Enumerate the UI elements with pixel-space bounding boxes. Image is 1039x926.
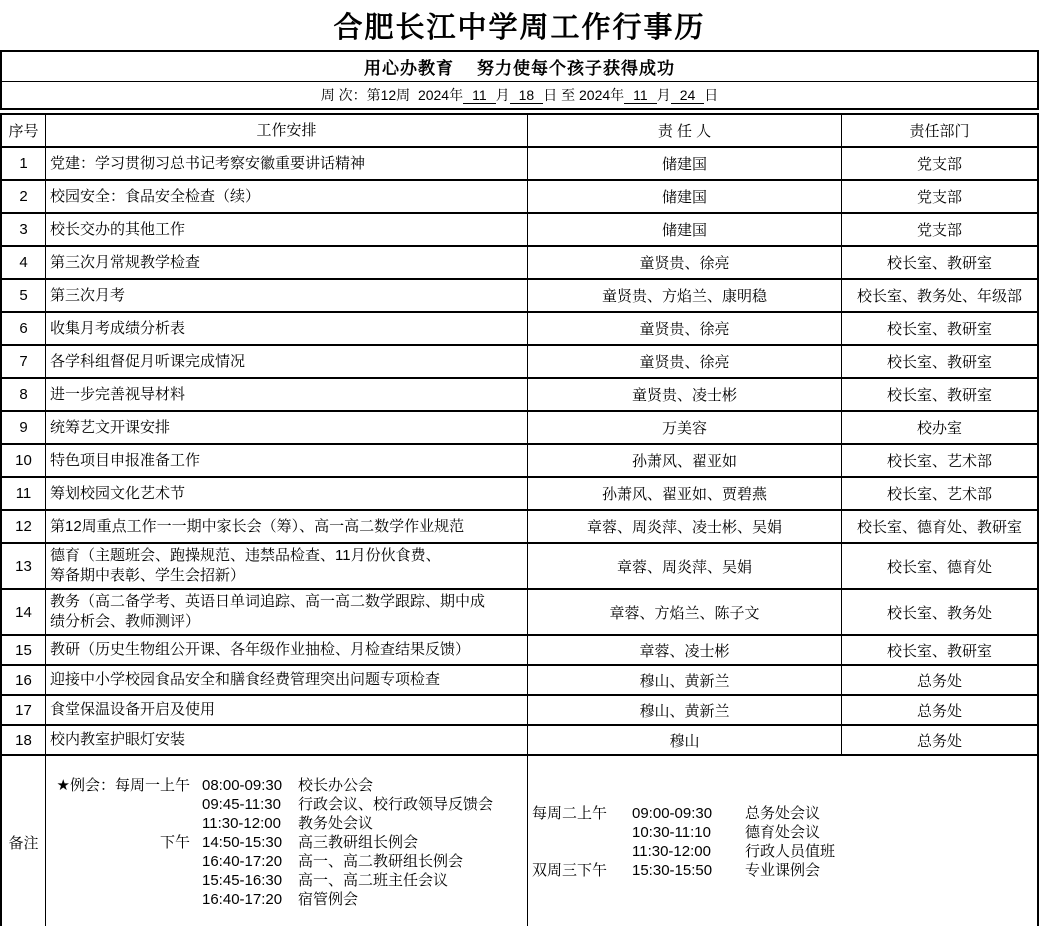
row-number: 5 bbox=[2, 280, 46, 311]
remark-time: 10:30-11:10 bbox=[624, 823, 728, 842]
persons-cell: 储建国 bbox=[528, 148, 842, 179]
remark-label: ★例会：每周一上午 bbox=[50, 776, 190, 795]
remarks-label: 备注 bbox=[2, 756, 46, 926]
header-dept: 责任部门 bbox=[842, 115, 1037, 146]
row-number: 16 bbox=[2, 666, 46, 694]
task-cell: 进一步完善视导材料 bbox=[46, 379, 528, 410]
dept-cell: 校长室、教研室 bbox=[842, 313, 1037, 344]
dept-cell: 校办室 bbox=[842, 412, 1037, 443]
week-month-from: 11 bbox=[463, 87, 496, 104]
dept-cell: 总务处 bbox=[842, 696, 1037, 724]
table-header-row: 序号 工作安排 责 任 人 责任部门 bbox=[2, 115, 1037, 148]
dept-cell: 校长室、教研室 bbox=[842, 247, 1037, 278]
row-number: 17 bbox=[2, 696, 46, 724]
row-number: 14 bbox=[2, 590, 46, 634]
remark-line: 10:30-11:10德育处会议 bbox=[532, 823, 1033, 842]
remark-label bbox=[50, 871, 190, 890]
task-cell: 迎接中小学校园食品安全和膳食经费管理突出问题专项检查 bbox=[46, 666, 528, 694]
row-number: 1 bbox=[2, 148, 46, 179]
persons-cell: 穆山 bbox=[528, 726, 842, 754]
persons-cell: 孙萧风、翟亚如 bbox=[528, 445, 842, 476]
remark-label bbox=[532, 823, 624, 842]
dept-cell: 校长室、艺术部 bbox=[842, 445, 1037, 476]
remark-label bbox=[532, 842, 624, 861]
persons-cell: 章蓉、周炎萍、吴娟 bbox=[528, 544, 842, 588]
persons-cell: 童贤贵、徐亮 bbox=[528, 247, 842, 278]
table-row: 3 校长交办的其他工作 储建国 党支部 bbox=[2, 214, 1037, 247]
row-number: 3 bbox=[2, 214, 46, 245]
dept-cell: 校长室、教研室 bbox=[842, 379, 1037, 410]
task-cell: 校园安全：食品安全检查（续） bbox=[46, 181, 528, 212]
task-cell: 党建：学习贯彻习总书记考察安徽重要讲话精神 bbox=[46, 148, 528, 179]
remark-label: 每周二上午 bbox=[532, 804, 624, 823]
row-number: 13 bbox=[2, 544, 46, 588]
task-cell: 统筹艺文开课安排 bbox=[46, 412, 528, 443]
header-persons: 责 任 人 bbox=[528, 115, 842, 146]
persons-cell: 穆山、黄新兰 bbox=[528, 696, 842, 724]
dept-cell: 总务处 bbox=[842, 726, 1037, 754]
remark-meeting: 德育处会议 bbox=[728, 823, 820, 842]
dept-cell: 校长室、教务处、年级部 bbox=[842, 280, 1037, 311]
table-row: 18 校内教室护眼灯安装 穆山 总务处 bbox=[2, 726, 1037, 756]
dept-cell: 党支部 bbox=[842, 181, 1037, 212]
table-row: 6 收集月考成绩分析表 童贤贵、徐亮 校长室、教研室 bbox=[2, 313, 1037, 346]
task-cell: 教务（高二备学考、英语日单词追踪、高一高二数学跟踪、期中成 绩分析会、教师测评） bbox=[46, 590, 528, 634]
remark-time: 09:00-09:30 bbox=[624, 804, 728, 823]
remark-line: 11:30-12:00行政人员值班 bbox=[532, 842, 1033, 861]
table-row: 2 校园安全：食品安全检查（续） 储建国 党支部 bbox=[2, 181, 1037, 214]
week-prefix: 周 次：第12周 2024年 bbox=[321, 85, 463, 105]
row-number: 7 bbox=[2, 346, 46, 377]
task-cell: 第12周重点工作一一期中家长会（筹）、高一高二数学作业规范 bbox=[46, 511, 528, 542]
dept-cell: 党支部 bbox=[842, 148, 1037, 179]
remark-line: 16:40-17:20高一、高二教研组长例会 bbox=[50, 852, 523, 871]
persons-cell: 储建国 bbox=[528, 214, 842, 245]
remark-time: 09:45-11:30 bbox=[190, 795, 298, 814]
row-number: 10 bbox=[2, 445, 46, 476]
persons-cell: 穆山、黄新兰 bbox=[528, 666, 842, 694]
remark-meeting: 教务处会议 bbox=[298, 814, 373, 833]
week-info: 周 次：第12周 2024年11月18日 至 2024年11月24日 bbox=[2, 81, 1037, 108]
week-suffix: 日 bbox=[704, 85, 718, 105]
remark-time: 08:00-09:30 bbox=[190, 776, 298, 795]
remark-label bbox=[50, 890, 190, 909]
row-number: 11 bbox=[2, 478, 46, 509]
remark-meeting: 高一、高二班主任会议 bbox=[298, 871, 448, 890]
row-number: 15 bbox=[2, 636, 46, 664]
header-no: 序号 bbox=[2, 115, 46, 146]
task-cell: 第三次月常规教学检查 bbox=[46, 247, 528, 278]
remark-time: 16:40-17:20 bbox=[190, 890, 298, 909]
subheader-box: 用心办教育 努力使每个孩子获得成功 周 次：第12周 2024年11月18日 至… bbox=[0, 50, 1039, 110]
table-row: 17 食堂保温设备开启及使用 穆山、黄新兰 总务处 bbox=[2, 696, 1037, 726]
remarks-weekly-tuesday: 每周二上午09:00-09:30总务处会议 10:30-11:10德育处会议 1… bbox=[528, 756, 1037, 926]
persons-cell: 章蓉、凌士彬 bbox=[528, 636, 842, 664]
remark-label bbox=[50, 814, 190, 833]
remark-time: 11:30-12:00 bbox=[624, 842, 728, 861]
table-row: 13 德育（主题班会、跑操规范、违禁品检查、11月份伙食费、 筹备期中表彰、学生… bbox=[2, 544, 1037, 590]
remark-meeting: 行政会议、校行政领导反馈会 bbox=[298, 795, 493, 814]
school-motto: 用心办教育 努力使每个孩子获得成功 bbox=[2, 52, 1037, 81]
row-number: 4 bbox=[2, 247, 46, 278]
dept-cell: 校长室、教务处 bbox=[842, 590, 1037, 634]
dept-cell: 党支部 bbox=[842, 214, 1037, 245]
dept-cell: 校长室、德育处、教研室 bbox=[842, 511, 1037, 542]
dept-cell: 校长室、德育处 bbox=[842, 544, 1037, 588]
remark-line: 每周二上午09:00-09:30总务处会议 bbox=[532, 804, 1033, 823]
header-task: 工作安排 bbox=[46, 115, 528, 146]
table-row: 11 筹划校园文化艺术节 孙萧风、翟亚如、贾碧燕 校长室、艺术部 bbox=[2, 478, 1037, 511]
row-number: 8 bbox=[2, 379, 46, 410]
persons-cell: 童贤贵、凌士彬 bbox=[528, 379, 842, 410]
remark-meeting: 总务处会议 bbox=[728, 804, 820, 823]
table-row: 5 第三次月考 童贤贵、方焰兰、康明稳 校长室、教务处、年级部 bbox=[2, 280, 1037, 313]
page-title: 合肥长江中学周工作行事历 bbox=[0, 0, 1039, 50]
table-row: 16 迎接中小学校园食品安全和膳食经费管理突出问题专项检查 穆山、黄新兰 总务处 bbox=[2, 666, 1037, 696]
weekly-schedule-document: 合肥长江中学周工作行事历 用心办教育 努力使每个孩子获得成功 周 次：第12周 … bbox=[0, 0, 1039, 926]
dept-cell: 总务处 bbox=[842, 666, 1037, 694]
task-cell: 校长交办的其他工作 bbox=[46, 214, 528, 245]
remark-line: 15:45-16:30高一、高二班主任会议 bbox=[50, 871, 523, 890]
table-row: 8 进一步完善视导材料 童贤贵、凌士彬 校长室、教研室 bbox=[2, 379, 1037, 412]
task-cell: 第三次月考 bbox=[46, 280, 528, 311]
remark-label: 下午 bbox=[50, 833, 190, 852]
remark-label: 双周三下午 bbox=[532, 861, 624, 880]
table-row: 9 统筹艺文开课安排 万美容 校办室 bbox=[2, 412, 1037, 445]
remark-time: 15:30-15:50 bbox=[624, 861, 728, 880]
table-row: 4 第三次月常规教学检查 童贤贵、徐亮 校长室、教研室 bbox=[2, 247, 1037, 280]
task-cell: 食堂保温设备开启及使用 bbox=[46, 696, 528, 724]
persons-cell: 章蓉、周炎萍、凌士彬、吴娟 bbox=[528, 511, 842, 542]
remark-meeting: 高一、高二教研组长例会 bbox=[298, 852, 463, 871]
remark-meeting: 专业课例会 bbox=[728, 861, 820, 880]
remark-line: 下午14:50-15:30高三教研组长例会 bbox=[50, 833, 523, 852]
table-row: 7 各学科组督促月听课完成情况 童贤贵、徐亮 校长室、教研室 bbox=[2, 346, 1037, 379]
persons-cell: 童贤贵、徐亮 bbox=[528, 346, 842, 377]
week-mid: 日 至 2024年 bbox=[543, 85, 624, 105]
task-cell: 筹划校园文化艺术节 bbox=[46, 478, 528, 509]
week-unit1: 月 bbox=[496, 85, 510, 105]
remark-line: 16:40-17:20宿管例会 bbox=[50, 890, 523, 909]
task-cell: 教研（历史生物组公开课、各年级作业抽检、月检查结果反馈） bbox=[46, 636, 528, 664]
task-cell: 德育（主题班会、跑操规范、违禁品检查、11月份伙食费、 筹备期中表彰、学生会招新… bbox=[46, 544, 528, 588]
table-row: 10 特色项目申报准备工作 孙萧风、翟亚如 校长室、艺术部 bbox=[2, 445, 1037, 478]
remark-line: 双周三下午15:30-15:50专业课例会 bbox=[532, 861, 1033, 880]
remark-line: ★例会：每周一上午08:00-09:30校长办公会 bbox=[50, 776, 523, 795]
persons-cell: 孙萧风、翟亚如、贾碧燕 bbox=[528, 478, 842, 509]
remark-meeting: 行政人员值班 bbox=[728, 842, 835, 861]
task-cell: 收集月考成绩分析表 bbox=[46, 313, 528, 344]
table-row: 1 党建：学习贯彻习总书记考察安徽重要讲话精神 储建国 党支部 bbox=[2, 148, 1037, 181]
remark-meeting: 校长办公会 bbox=[298, 776, 373, 795]
remark-time: 14:50-15:30 bbox=[190, 833, 298, 852]
row-number: 12 bbox=[2, 511, 46, 542]
persons-cell: 万美容 bbox=[528, 412, 842, 443]
week-day-from: 18 bbox=[510, 87, 544, 104]
remarks-row: 备注 ★例会：每周一上午08:00-09:30校长办公会 09:45-11:30… bbox=[2, 756, 1037, 926]
week-month-to: 11 bbox=[624, 87, 657, 104]
remark-time: 16:40-17:20 bbox=[190, 852, 298, 871]
dept-cell: 校长室、教研室 bbox=[842, 636, 1037, 664]
persons-cell: 章蓉、方焰兰、陈子文 bbox=[528, 590, 842, 634]
remark-label bbox=[50, 852, 190, 871]
remark-time: 11:30-12:00 bbox=[190, 814, 298, 833]
row-number: 2 bbox=[2, 181, 46, 212]
dept-cell: 校长室、艺术部 bbox=[842, 478, 1037, 509]
task-cell: 校内教室护眼灯安装 bbox=[46, 726, 528, 754]
table-row: 15 教研（历史生物组公开课、各年级作业抽检、月检查结果反馈） 章蓉、凌士彬 校… bbox=[2, 636, 1037, 666]
persons-cell: 童贤贵、徐亮 bbox=[528, 313, 842, 344]
remark-meeting: 宿管例会 bbox=[298, 890, 358, 909]
remark-time: 15:45-16:30 bbox=[190, 871, 298, 890]
task-cell: 各学科组督促月听课完成情况 bbox=[46, 346, 528, 377]
persons-cell: 童贤贵、方焰兰、康明稳 bbox=[528, 280, 842, 311]
remarks-weekly-monday: ★例会：每周一上午08:00-09:30校长办公会 09:45-11:30行政会… bbox=[46, 756, 528, 926]
schedule-table: 序号 工作安排 责 任 人 责任部门 1 党建：学习贯彻习总书记考察安徽重要讲话… bbox=[0, 113, 1039, 926]
row-number: 18 bbox=[2, 726, 46, 754]
remark-meeting: 高三教研组长例会 bbox=[298, 833, 418, 852]
table-row: 14 教务（高二备学考、英语日单词追踪、高一高二数学跟踪、期中成 绩分析会、教师… bbox=[2, 590, 1037, 636]
dept-cell: 校长室、教研室 bbox=[842, 346, 1037, 377]
persons-cell: 储建国 bbox=[528, 181, 842, 212]
table-row: 12 第12周重点工作一一期中家长会（筹）、高一高二数学作业规范 章蓉、周炎萍、… bbox=[2, 511, 1037, 544]
task-cell: 特色项目申报准备工作 bbox=[46, 445, 528, 476]
remark-line: 11:30-12:00教务处会议 bbox=[50, 814, 523, 833]
remark-line: 09:45-11:30行政会议、校行政领导反馈会 bbox=[50, 795, 523, 814]
row-number: 9 bbox=[2, 412, 46, 443]
week-unit2: 月 bbox=[657, 85, 671, 105]
remark-label bbox=[50, 795, 190, 814]
week-day-to: 24 bbox=[671, 87, 705, 104]
row-number: 6 bbox=[2, 313, 46, 344]
